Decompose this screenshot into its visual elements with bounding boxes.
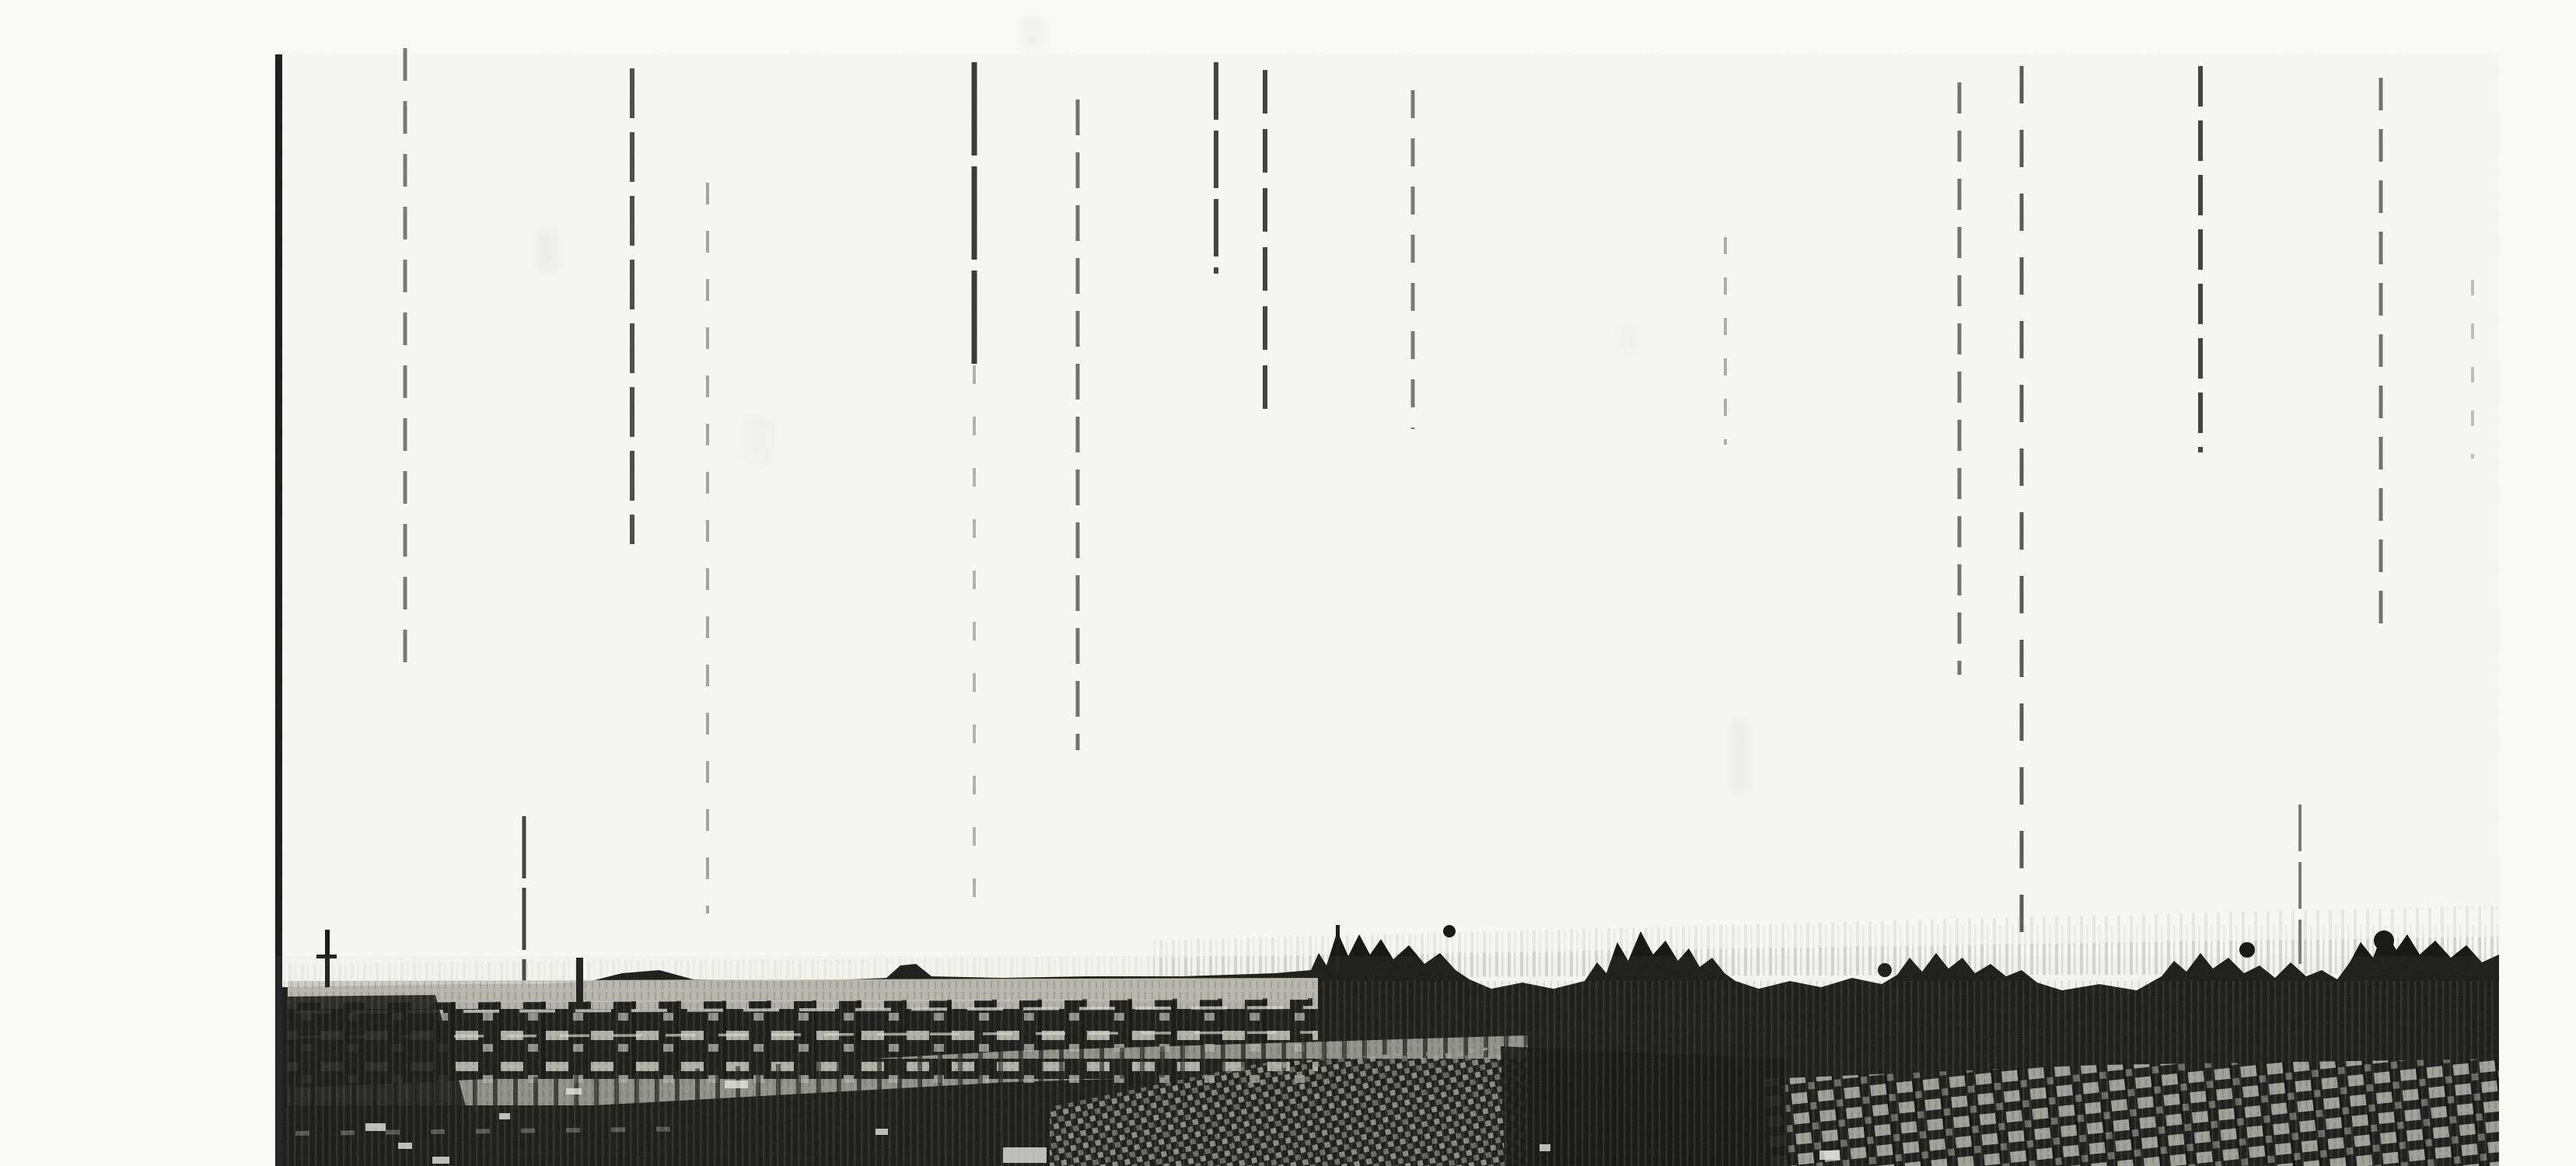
scanned-photograph [0,0,2576,1166]
film-grain-dark-band [276,956,2499,1166]
sky-smudge [1021,17,1044,50]
scanned-page [0,0,2576,1166]
